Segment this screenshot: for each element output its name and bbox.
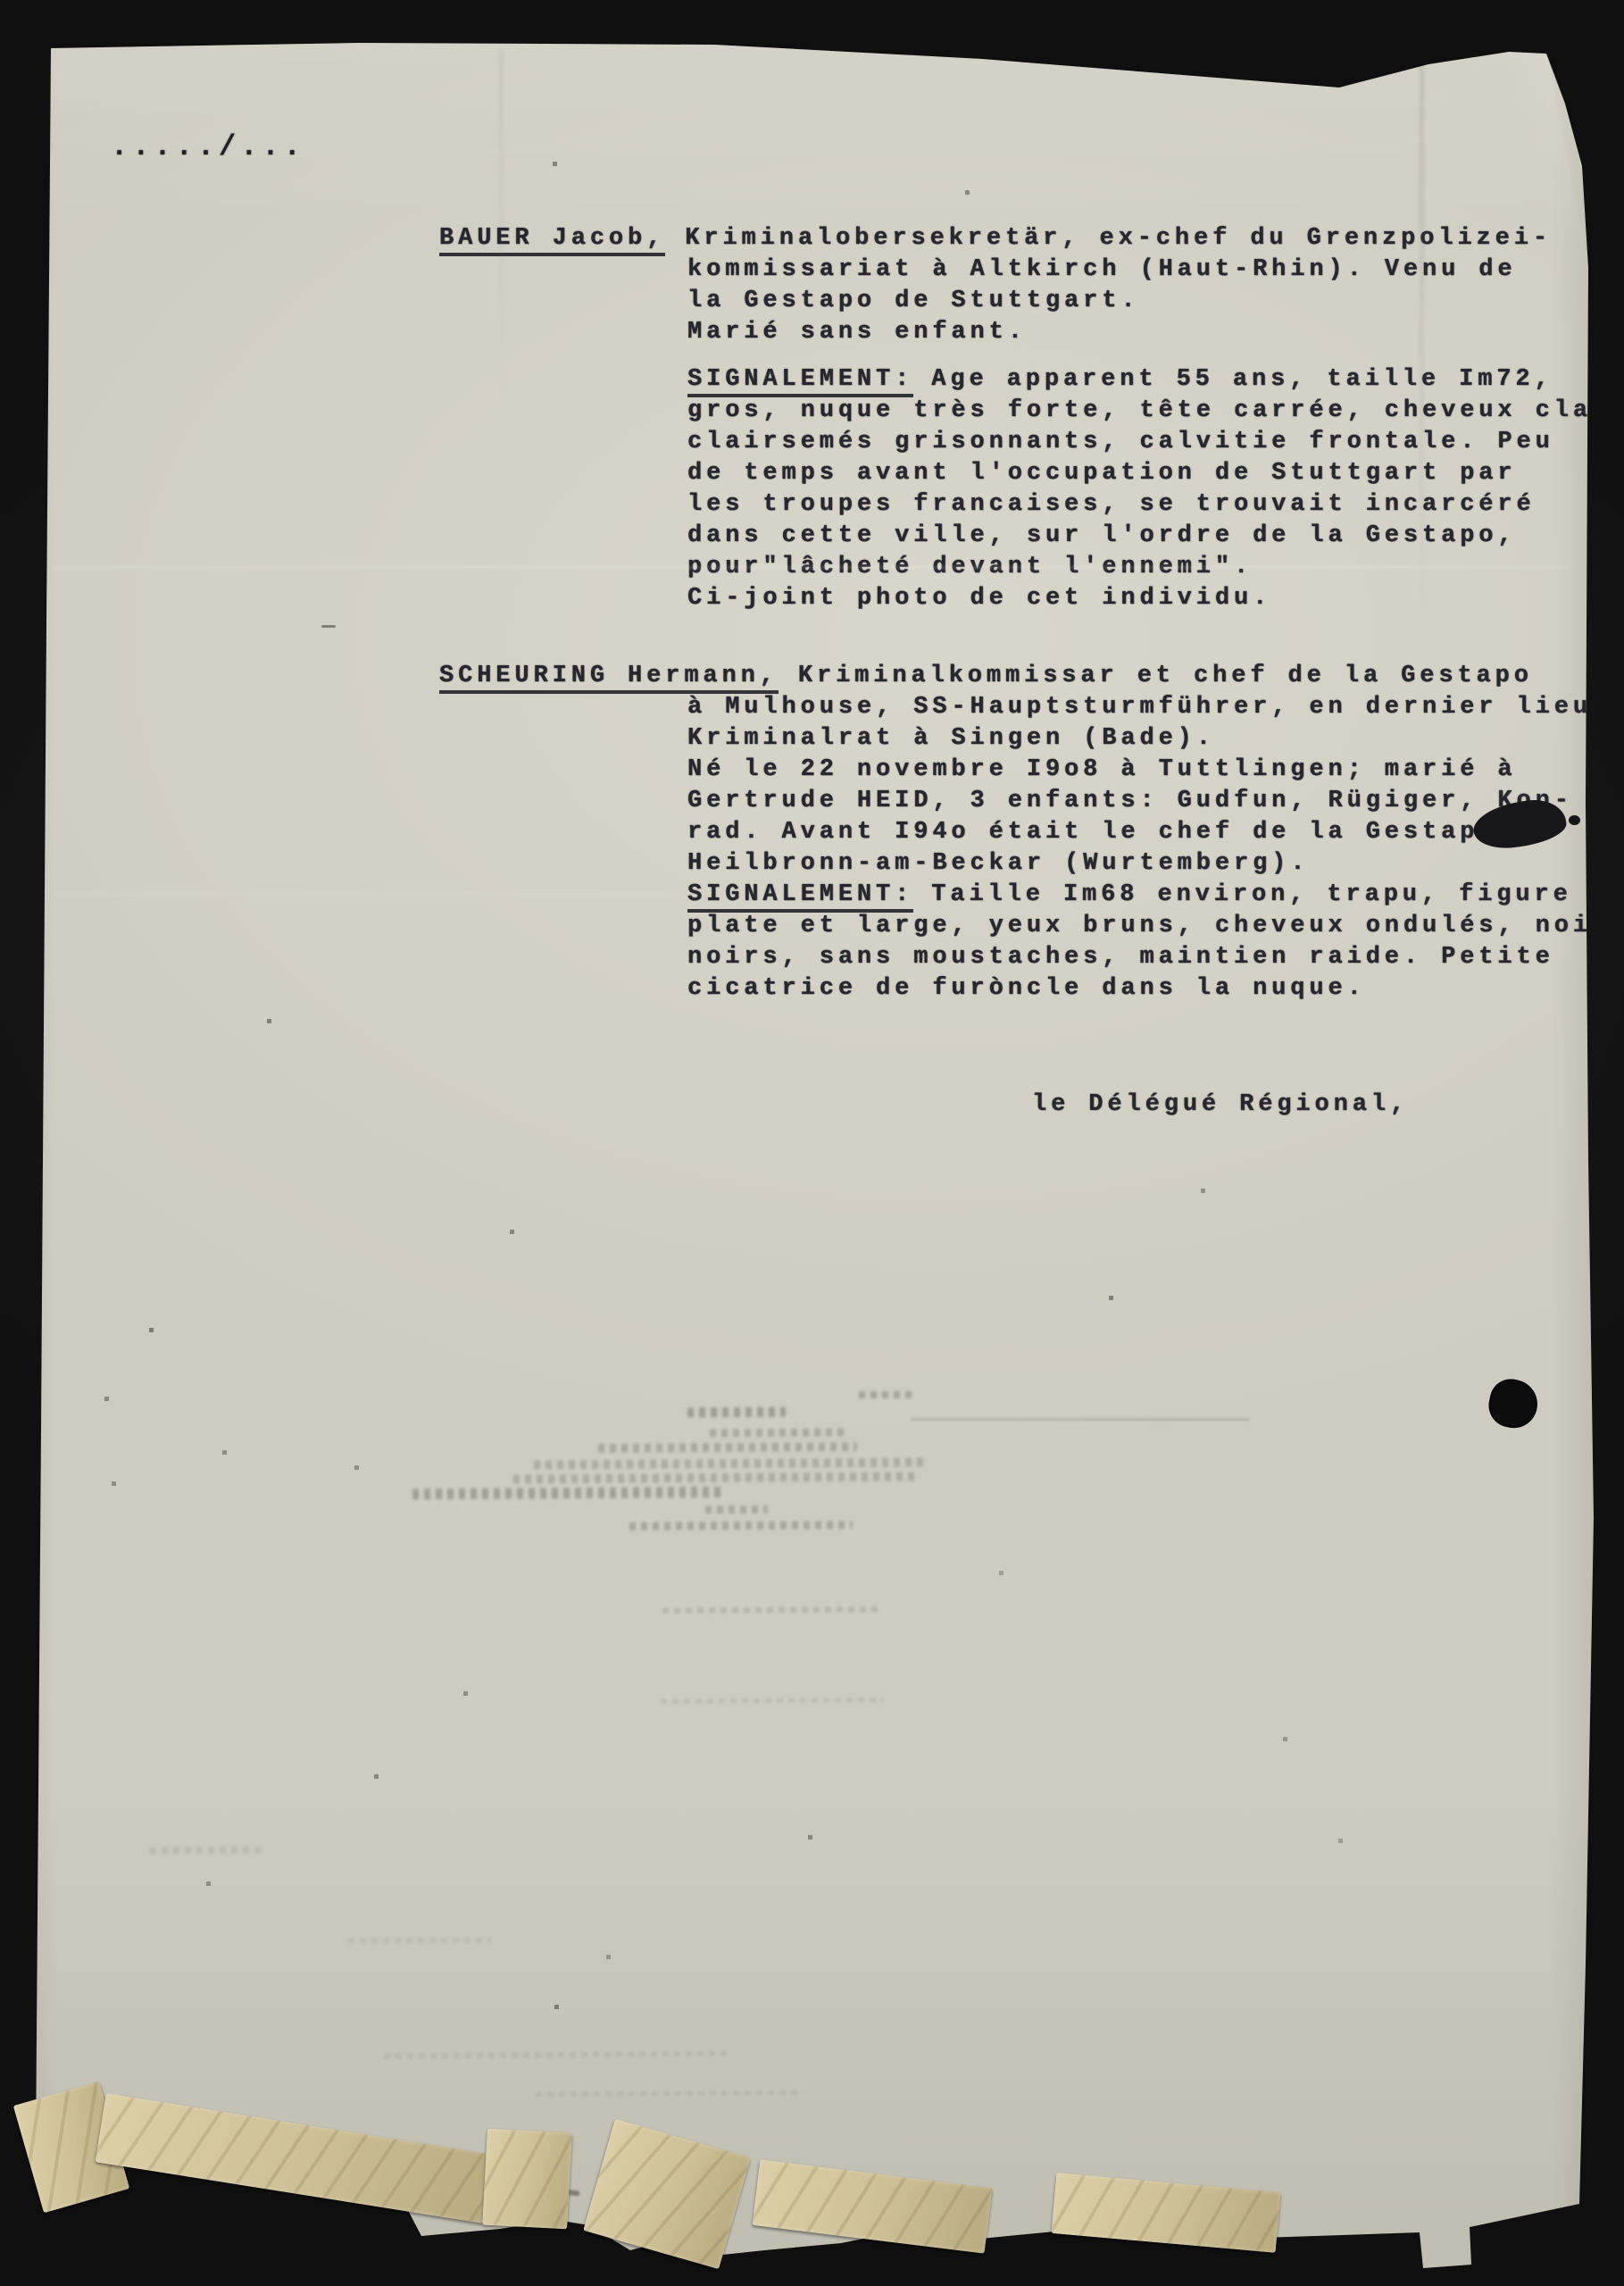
bleed-through-marks xyxy=(662,1606,881,1614)
typed-line: dans cette ville, sur l'ordre de la Gest… xyxy=(687,522,1517,549)
bleed-through-marks xyxy=(705,1506,768,1514)
scan-light-band xyxy=(54,893,679,896)
signature-line: le Délégué Régional, xyxy=(1032,1091,1409,1118)
punch-hole xyxy=(1485,1375,1542,1432)
stray-mark xyxy=(321,625,336,628)
tape-piece xyxy=(482,2129,572,2230)
bleed-through-marks xyxy=(513,1472,915,1483)
bleed-through-marks xyxy=(384,2051,732,2059)
vertical-crease xyxy=(500,49,503,424)
scan-light-band xyxy=(54,566,1571,569)
continuation-mark: ...../... xyxy=(111,130,305,163)
typed-line: Ci-joint photo de cet individu. xyxy=(687,585,1271,612)
dust-specks xyxy=(0,0,3,3)
typed-line: Gertrude HEID, 3 enfants: Gudfun, Rügige… xyxy=(687,788,1573,814)
ink-blot-dot xyxy=(1569,815,1580,825)
bleed-through-marks xyxy=(859,1391,912,1398)
entry-text: Taille Im68 environ, trapu, figure xyxy=(931,881,1572,908)
bleed-through-marks xyxy=(687,1407,786,1418)
entry-name: BAUER Jacob, xyxy=(439,225,665,256)
entry-name: SCHEURING Hermann, xyxy=(439,663,779,694)
bleed-through-marks xyxy=(629,1521,853,1531)
bleed-through-marks xyxy=(534,1457,927,1469)
typed-line: rad. Avant I94o était le chef de la Gest… xyxy=(687,819,1497,846)
typed-line: à Mulhouse, SS-Hauptsturmführer, en dern… xyxy=(687,694,1592,721)
typed-line: cicatrice de furòncle dans la nuque. xyxy=(687,975,1366,1002)
typed-line: les troupes francaises, se trouvait inca… xyxy=(687,491,1536,518)
bleed-through-marks xyxy=(598,1442,857,1453)
typed-line: la Gestapo de Stuttgart. xyxy=(687,288,1139,314)
document-page: ...../... BAUER Jacob,Kriminalobersekret… xyxy=(0,0,1624,2286)
scanned-document-background: ...../... BAUER Jacob,Kriminalobersekret… xyxy=(0,0,1624,2286)
typed-line: de temps avant l'occupation de Stuttgart… xyxy=(687,460,1517,487)
bleed-through-marks xyxy=(536,2090,804,2097)
vertical-crease xyxy=(1420,49,1423,674)
signalement-label: SIGNALEMENT: xyxy=(687,881,913,913)
typed-line: BAUER Jacob,Kriminalobersekretär, ex-che… xyxy=(439,225,1552,256)
typed-line: Né le 22 novembre I9o8 à Tuttlingen; mar… xyxy=(687,756,1517,783)
typed-line: gros, nuque très forte, tête carrée, che… xyxy=(687,397,1592,424)
bleed-through-marks xyxy=(412,1487,725,1499)
typed-line: SCHEURING Hermann,Kriminalkommissar et c… xyxy=(439,663,1533,694)
typed-line: Kriminalrat à Singen (Bade). xyxy=(687,725,1215,752)
typed-line: plate et large, yeux bruns, cheveux ondu… xyxy=(687,913,1592,939)
typed-line: SIGNALEMENT:Taille Im68 environ, trapu, … xyxy=(687,881,1572,913)
entry-text: Age apparent 55 ans, taille Im72, xyxy=(931,366,1553,393)
typed-line: SIGNALEMENT:Age apparent 55 ans, taille … xyxy=(687,366,1553,397)
typed-line: noirs, sans moustaches, maintien raide. … xyxy=(687,944,1554,971)
bleed-through-marks xyxy=(348,1937,491,1943)
bleed-through-marks xyxy=(150,1847,266,1855)
bleed-through-marks xyxy=(661,1698,884,1704)
typed-line: Marié sans enfant. xyxy=(687,319,1027,346)
bleed-through-marks xyxy=(911,1418,1250,1421)
typed-line: kommissariat à Altkirch (Haut-Rhin). Ven… xyxy=(687,256,1517,283)
signalement-label: SIGNALEMENT: xyxy=(687,366,913,397)
typed-line: Heilbronn-am-Beckar (Wurtemberg). xyxy=(687,850,1309,877)
typed-line: clairsemés grisonnants, calvitie frontal… xyxy=(687,429,1554,455)
bleed-through-marks xyxy=(710,1428,844,1437)
